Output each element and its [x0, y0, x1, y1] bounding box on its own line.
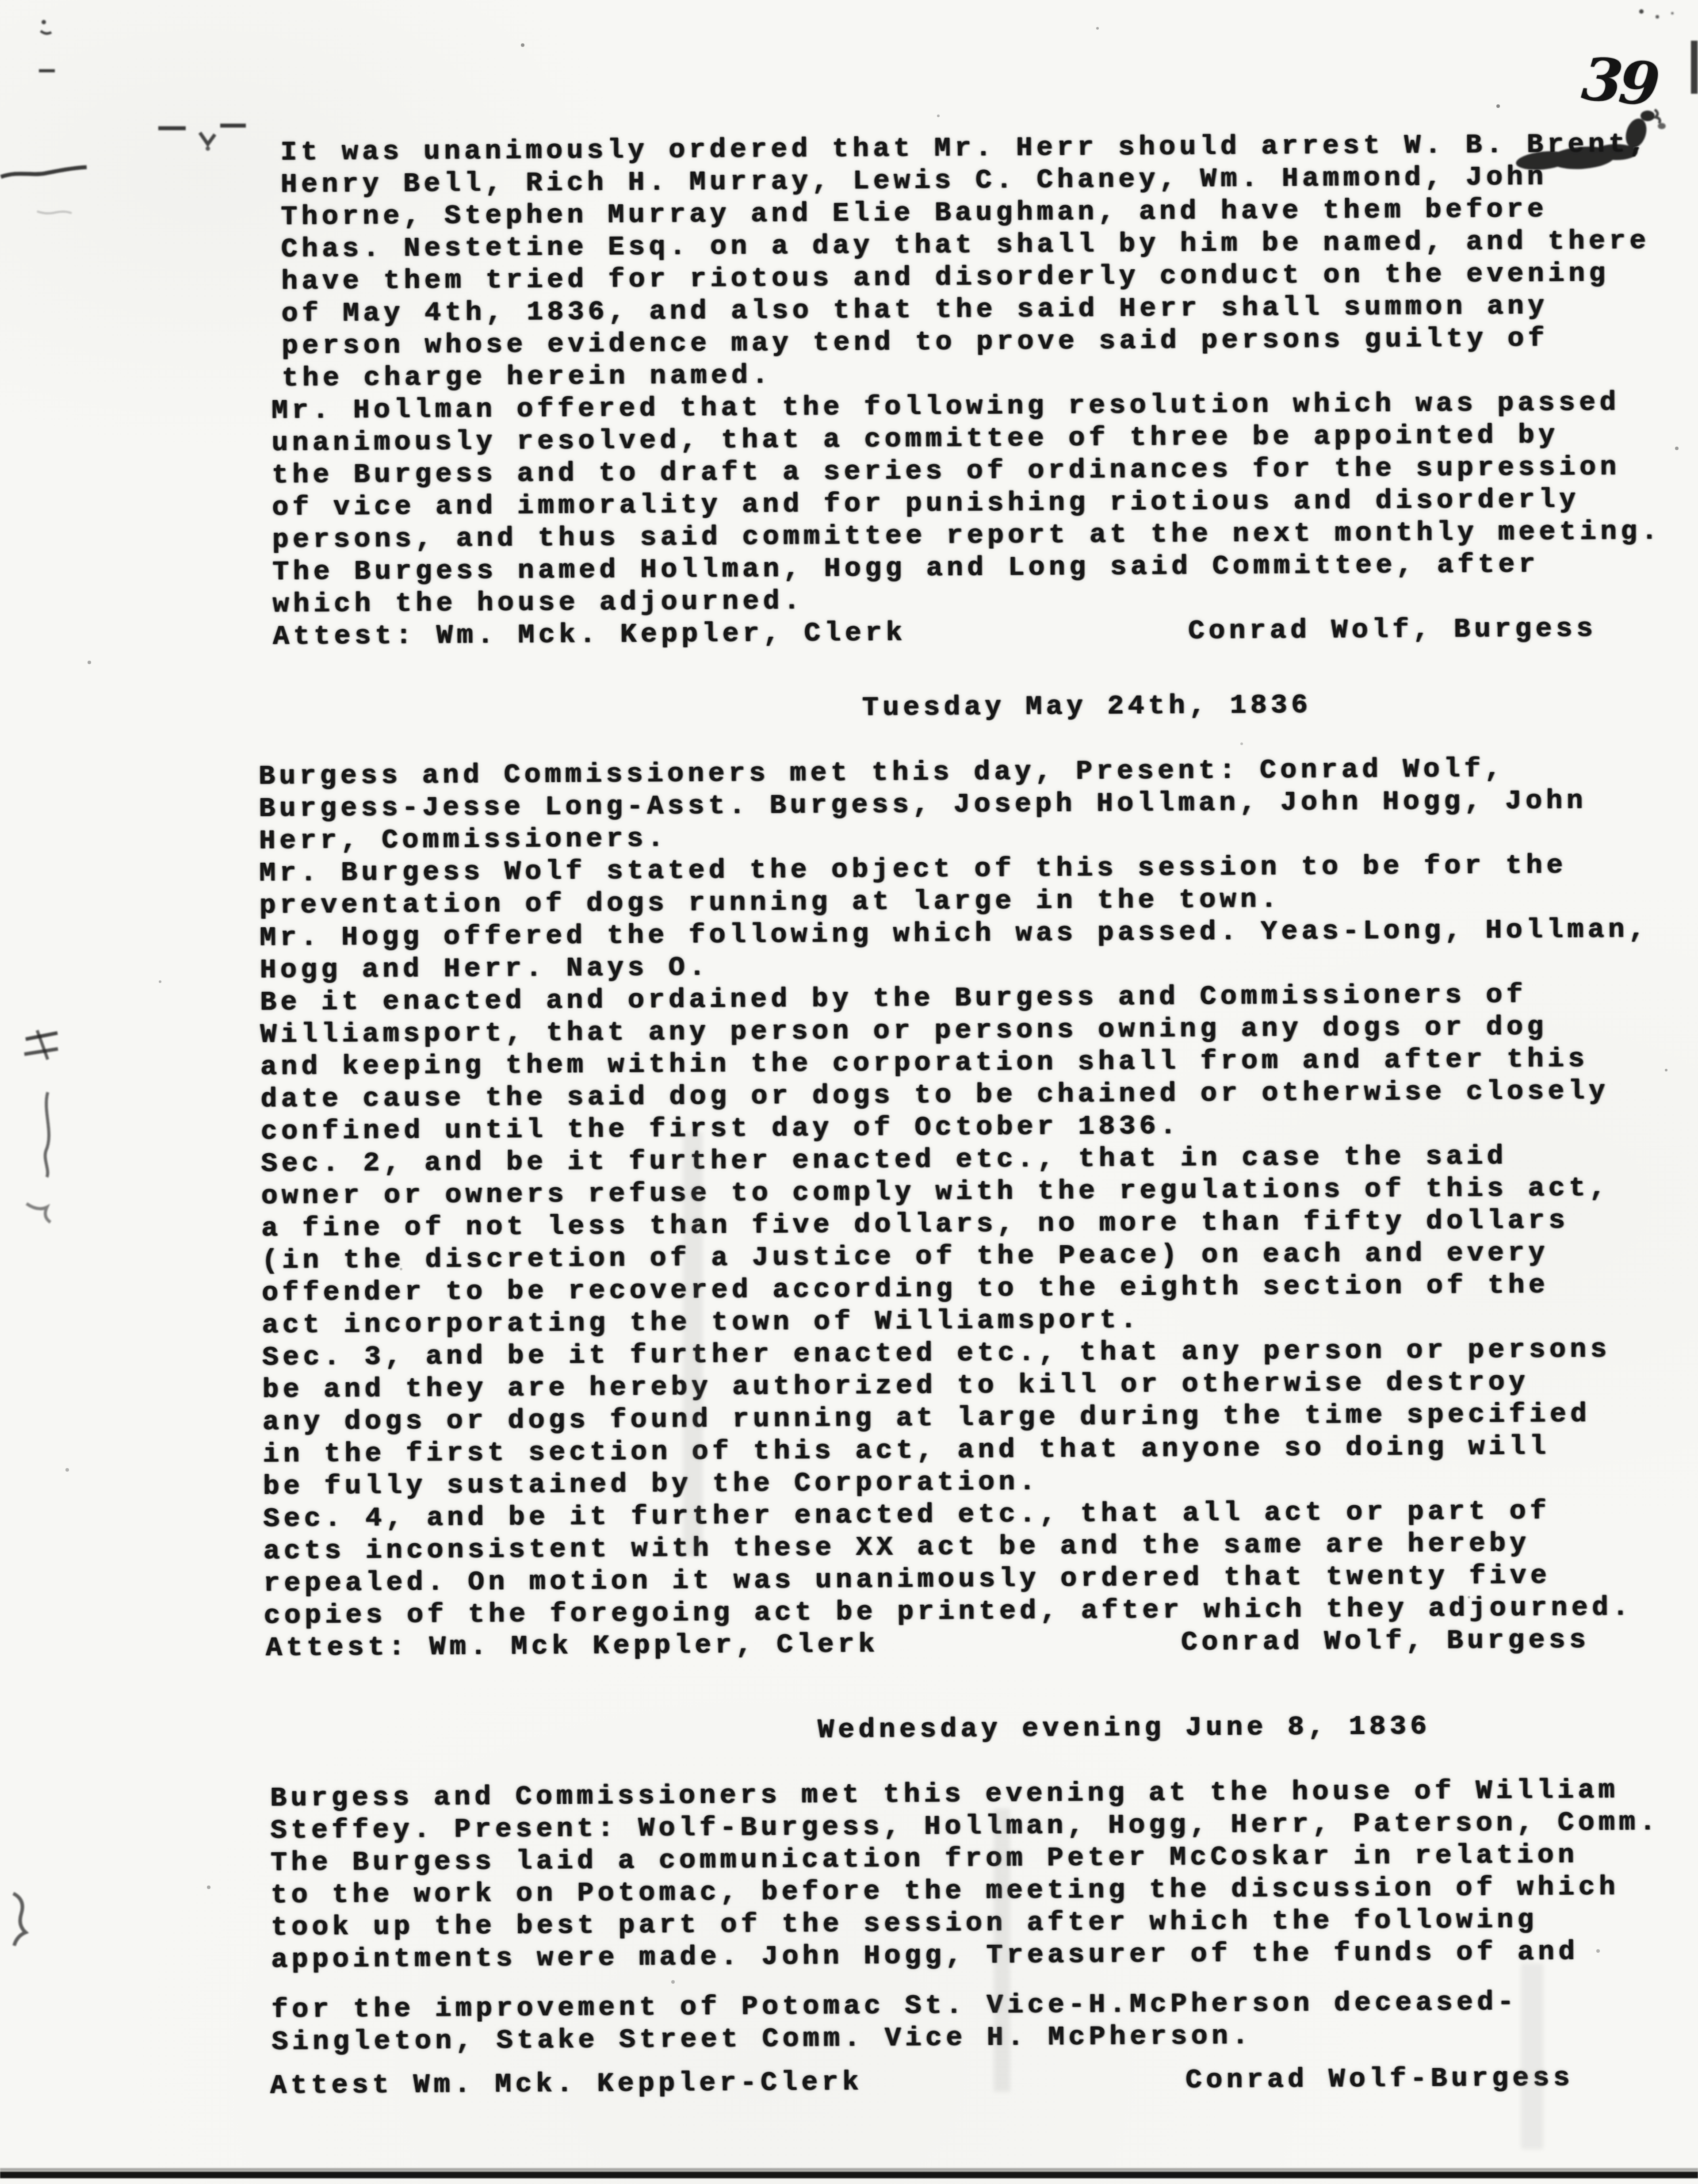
bottom-scan-edge-dark [0, 2172, 1698, 2178]
left-margin-brace-mark [13, 1893, 26, 1946]
ink-blob-top-right [1515, 111, 1666, 172]
bottom-scan-edge-light [0, 2168, 1698, 2171]
toner-specks [0, 0, 2, 2]
scanned-minutes-page: 39 It was unanimously ordered that Mr. H… [0, 0, 1698, 2184]
scanner-streak-3 [1521, 1963, 1543, 2149]
scanner-streak-1 [683, 1132, 703, 1557]
pen-squiggle-after-page-number [1655, 110, 1660, 123]
top-edge-specks [1639, 9, 1674, 19]
left-margin-marks-middle [24, 1030, 58, 1222]
scanner-streak-2 [994, 1809, 1010, 2092]
left-margin-marks-top [1, 20, 246, 214]
scan-artifacts-layer [0, 0, 1698, 2184]
right-edge-streak [1691, 41, 1698, 94]
